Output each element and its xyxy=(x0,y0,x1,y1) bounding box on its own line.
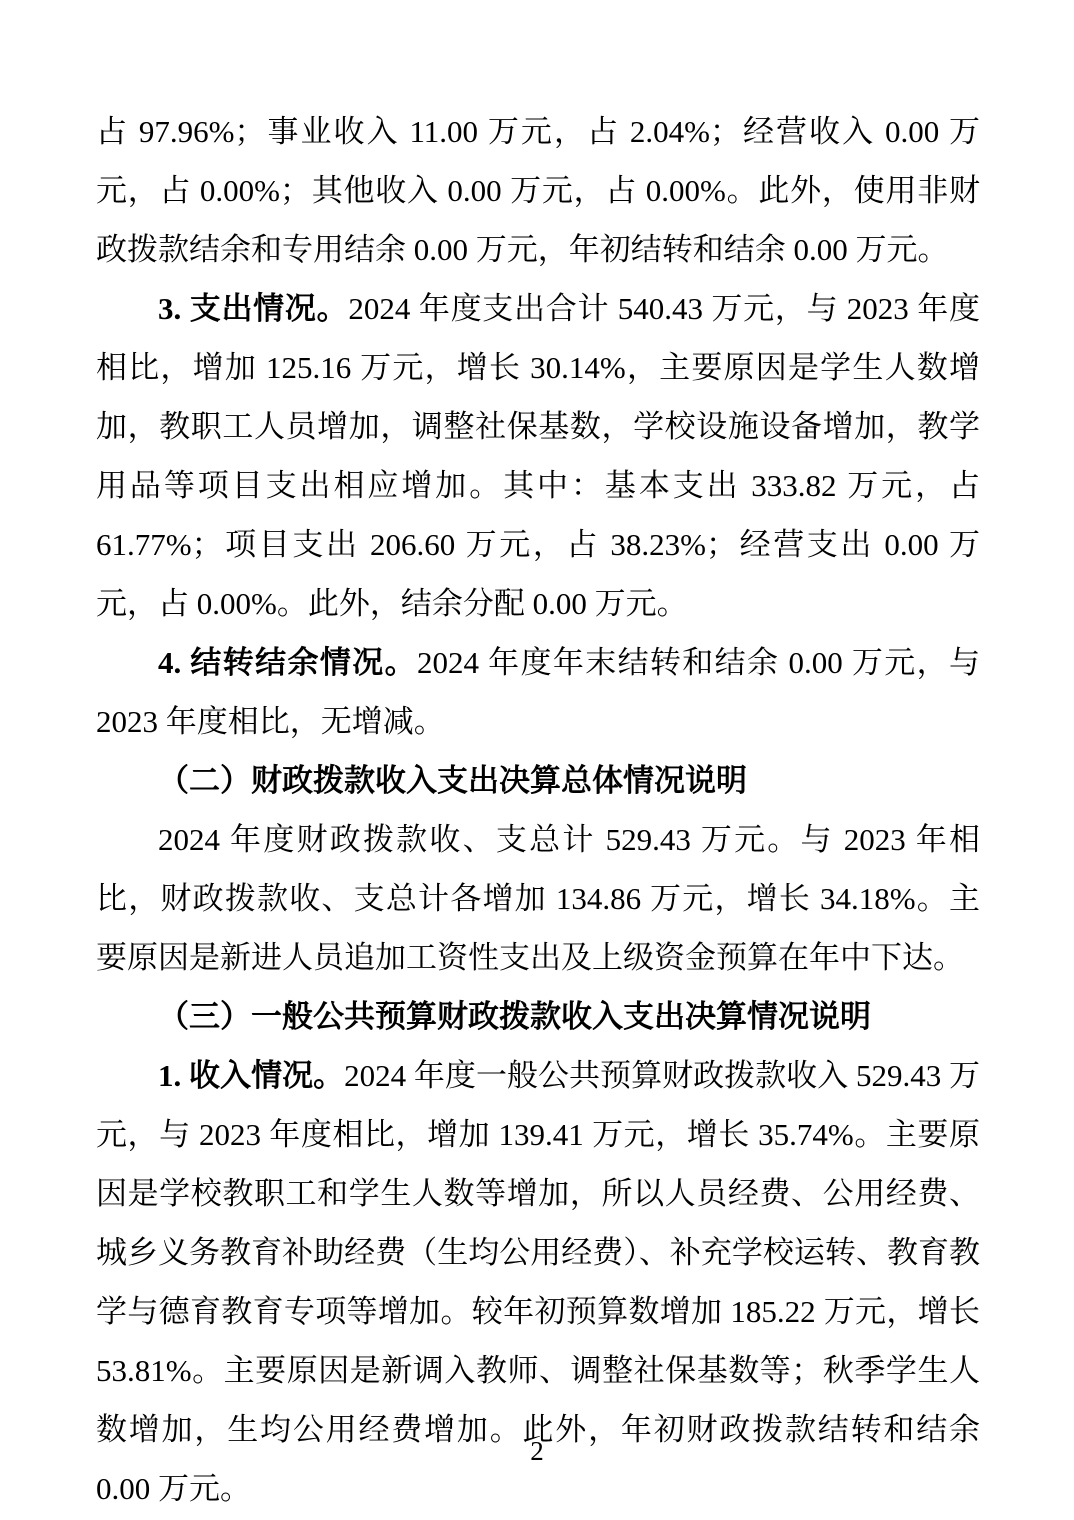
paragraph-carryover: 4. 结转结余情况。2024 年度年末结转和结余 0.00 万元，与 2023 … xyxy=(96,633,980,751)
document-body: 占 97.96%；事业收入 11.00 万元，占 2.04%；经营收入 0.00… xyxy=(96,102,980,1518)
paragraph-income-continuation: 占 97.96%；事业收入 11.00 万元，占 2.04%；经营收入 0.00… xyxy=(96,102,980,279)
page-number: 2 xyxy=(0,1436,1074,1466)
heading-section-two: （二）财政拨款收入支出决算总体情况说明 xyxy=(96,751,980,810)
paragraph-expenditure-text: 2024 年度支出合计 540.43 万元，与 2023 年度相比，增加 125… xyxy=(96,291,980,621)
paragraph-fiscal-total: 2024 年度财政拨款收、支总计 529.43 万元。与 2023 年相比，财政… xyxy=(96,810,980,987)
paragraph-expenditure: 3. 支出情况。2024 年度支出合计 540.43 万元，与 2023 年度相… xyxy=(96,279,980,633)
paragraph-general-income-lead: 1. 收入情况。 xyxy=(158,1058,344,1093)
paragraph-expenditure-lead: 3. 支出情况。 xyxy=(158,291,348,326)
document-page: 占 97.96%；事业收入 11.00 万元，占 2.04%；经营收入 0.00… xyxy=(0,0,1074,1520)
heading-section-three: （三）一般公共预算财政拨款收入支出决算情况说明 xyxy=(96,987,980,1046)
paragraph-carryover-lead: 4. 结转结余情况。 xyxy=(158,645,417,680)
